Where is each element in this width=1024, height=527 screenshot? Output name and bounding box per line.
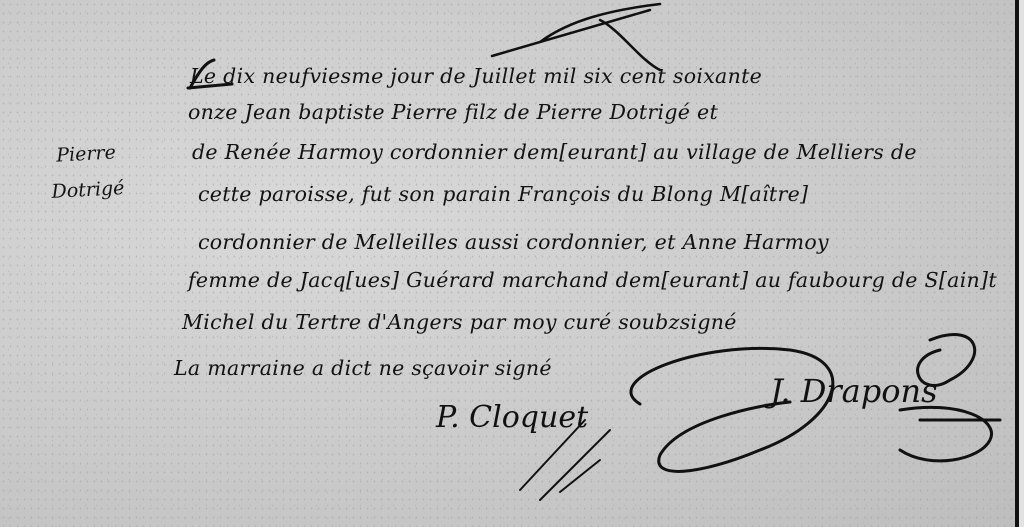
drapons-paraph: [900, 335, 1000, 461]
ink-flourishes: [0, 0, 1024, 527]
cloquet-paraph: [520, 420, 610, 500]
top-scribble: [492, 4, 660, 70]
capital-l-flourish: [188, 60, 232, 88]
drapons-oval-flourish: [631, 348, 833, 471]
